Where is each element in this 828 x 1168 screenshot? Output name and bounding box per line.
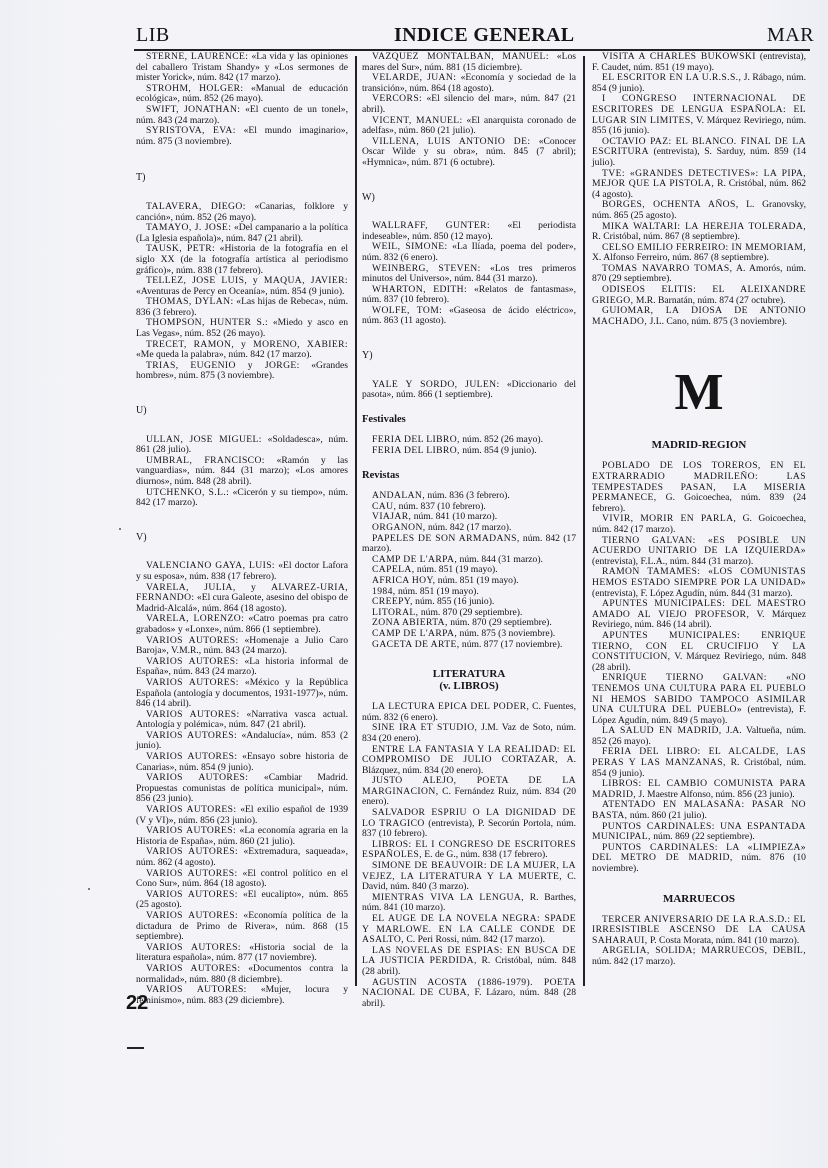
- entry-list-literatura: LA LECTURA EPICA DEL PODER, C. Fuentes, …: [362, 702, 576, 1009]
- entry-reference: M.R. Barnatán, núm. 874 (27 octubre).: [633, 295, 785, 306]
- index-entry: VARIOS AUTORES: «Narrativa vasca actual.…: [136, 710, 348, 731]
- section-heading-literatura: LITERATURA (v. LIBROS): [362, 668, 576, 692]
- entry-reference: núm. 836 (3 febrero).: [425, 490, 510, 501]
- entry-heading: WEIL, SIMONE:: [372, 241, 448, 252]
- entry-heading: MIENTRAS VIVA LA LENGUA,: [372, 892, 524, 903]
- index-entry: AGUSTIN ACOSTA (1886-1979). POETA NACION…: [362, 978, 576, 1010]
- entry-heading: CREEPY,: [372, 596, 413, 607]
- entry-heading: FERIA DEL LIBRO,: [372, 445, 460, 456]
- entry-reference: núm. 842 (17 marzo).: [426, 522, 512, 533]
- index-entry: VARELA, LORENZO: «Catro poemas pra catro…: [136, 614, 348, 635]
- entry-heading: SINE IRA ET STUDIO,: [372, 722, 477, 733]
- index-entry: VIVIR, MORIR EN PARLA, G. Goicoechea, nú…: [592, 514, 806, 535]
- index-entry: VARIOS AUTORES: «El control político en …: [136, 869, 348, 890]
- entry-reference: J.L. Cano, núm. 875 (3 noviembre).: [647, 316, 787, 327]
- index-entry: ATENTADO EN MALASAÑA: PASAR NO BASTA, nú…: [592, 800, 806, 821]
- scan-speck: [119, 528, 121, 530]
- index-entry: LAS NOVELAS DE ESPIAS: EN BUSCA DE LA JU…: [362, 946, 576, 978]
- entry-reference: «Me queda la palabra», núm. 842 (17 marz…: [136, 349, 312, 360]
- entry-list-literatura-cont: VISITA A CHARLES BUKOWSKI (entrevista), …: [592, 52, 806, 327]
- entry-heading: THOMPSON, HUNTER S.:: [146, 317, 268, 328]
- entry-heading: CAPELA,: [372, 564, 415, 575]
- entry-reference: C. Peri Rossi, núm. 842 (17 marzo).: [404, 934, 545, 945]
- index-entry: ULLAN, JOSE MIGUEL: «Soldadesca», núm. 8…: [136, 435, 348, 456]
- entry-heading: LA SALUD EN MADRID,: [602, 725, 722, 736]
- index-entry: VARIOS AUTORES: «Cambiar Madrid. Propues…: [136, 773, 348, 805]
- entry-heading: YALE Y SORDO, JULEN:: [372, 379, 500, 390]
- index-entry: TAMAYO, J. JOSE: «Del campanario a la po…: [136, 223, 348, 244]
- entry-reference: núm. 837 (10 febrero).: [396, 501, 486, 512]
- index-entry: UMBRAL, FRANCISCO: «Ramón y las vanguard…: [136, 456, 348, 488]
- index-entry: STERNE, LAURENCE: «La vida y las opinion…: [136, 52, 348, 84]
- index-entry: VILLENA, LUIS ANTONIO DE: «Conocer Oscar…: [362, 137, 576, 169]
- index-entry: APUNTES MUNICIPALES: ENRIQUE TIERNO, CON…: [592, 631, 806, 673]
- entry-heading: STERNE, LAURENCE:: [146, 51, 248, 62]
- entry-reference: núm. 851 (19 mayo).: [396, 586, 479, 597]
- entry-list-w: WALLRAFF, GUNTER: «El periodista indesea…: [362, 221, 576, 327]
- entry-list-u: ULLAN, JOSE MIGUEL: «Soldadesca», núm. 8…: [136, 435, 348, 509]
- entry-heading: AFRICA HOY,: [372, 575, 435, 586]
- subheading-revistas: Revistas: [362, 471, 576, 482]
- entry-heading: VAZQUEZ MONTALBAN, MANUEL:: [372, 51, 549, 62]
- index-entry: WEINBERG, STEVEN: «Los tres primeros min…: [362, 264, 576, 285]
- index-entry: SIMONE DE BEAUVOIR: DE LA MUJER, LA VEJE…: [362, 861, 576, 893]
- index-entry: VALENCIANO GAYA, LUIS: «El doctor Lafora…: [136, 561, 348, 582]
- index-entry: JUSTO ALEJO, POETA DE LA MARGINACION, C.…: [362, 776, 576, 808]
- entry-heading: CELSO EMILIO FERREIRO: IN MEMORIAM,: [602, 242, 806, 253]
- letter-heading-y: Y): [362, 351, 576, 362]
- entry-heading: VARIOS AUTORES:: [146, 656, 239, 667]
- index-entry: VICENT, MANUEL: «El anarquista coronado …: [362, 116, 576, 137]
- index-entry: LA LECTURA EPICA DEL PODER, C. Fuentes, …: [362, 702, 576, 723]
- index-entry: GUIOMAR, LA DIOSA DE ANTONIO MACHADO, J.…: [592, 306, 806, 327]
- index-entry: WEIL, SIMONE: «La Ilíada, poema del pode…: [362, 242, 576, 263]
- entry-heading: LITORAL,: [372, 607, 418, 618]
- index-entry: VISITA A CHARLES BUKOWSKI (entrevista), …: [592, 52, 806, 73]
- index-entry: BORGES, OCHENTA AÑOS, L. Granovsky, núm.…: [592, 200, 806, 221]
- entry-heading: CAU,: [372, 501, 396, 512]
- index-entry: VELARDE, JUAN: «Economía y sociedad de l…: [362, 73, 576, 94]
- index-entry: ENRIQUE TIERNO GALVAN: «NO TENEMOS UNA C…: [592, 673, 806, 726]
- entry-reference: núm. 855 (16 junio).: [413, 596, 495, 607]
- index-column-1: STERNE, LAURENCE: «La vida y las opinion…: [136, 52, 348, 1006]
- index-entry: PUNTOS CARDINALES: UNA ESPANTADA MUNICIP…: [592, 822, 806, 843]
- entry-heading: UTCHENKO, S.L.:: [146, 487, 229, 498]
- entry-reference: núm. 854 (9 junio).: [460, 445, 537, 456]
- page-title: INDICE GENERAL: [394, 24, 574, 47]
- entry-reference: núm. 842 (17 marzo).: [592, 956, 675, 967]
- entry-heading: TRIAS, EUGENIO y JORGE:: [146, 360, 300, 371]
- entry-heading: UMBRAL, FRANCISCO:: [146, 455, 265, 466]
- entry-heading: CAMP DE L'ARPA,: [372, 628, 457, 639]
- index-entry: MIKA WALTARI: LA HEREJIA TOLERADA, R. Cr…: [592, 222, 806, 243]
- entry-heading: VELARDE, JUAN:: [372, 72, 456, 83]
- index-entry: I CONGRESO INTERNACIONAL DE ESCRITORES D…: [592, 94, 806, 136]
- letter-heading-u: U): [136, 406, 348, 417]
- entry-heading: ULLAN, JOSE MIGUEL:: [146, 434, 262, 445]
- index-entry: TRIAS, EUGENIO y JORGE: «Grandes hombres…: [136, 361, 348, 382]
- index-entry: FERIA DEL LIBRO: EL ALCALDE, LAS PERAS Y…: [592, 747, 806, 779]
- entry-reference: núm. 870 (29 septiembre).: [418, 607, 522, 618]
- entry-list-madrid: POBLADO DE LOS TOREROS, EN EL EXTRARRADI…: [592, 461, 806, 874]
- page-header: LIB INDICE GENERAL MAR: [108, 24, 808, 50]
- index-entry: POBLADO DE LOS TOREROS, EN EL EXTRARRADI…: [592, 461, 806, 514]
- letter-heading-w: W): [362, 193, 576, 204]
- index-entry: UTCHENKO, S.L.: «Cicerón y su tiempo», n…: [136, 488, 348, 509]
- entry-heading: MIKA WALTARI: LA HEREJIA TOLERADA,: [602, 221, 806, 232]
- entry-heading: TAUSK, PETR:: [146, 243, 215, 254]
- entry-heading: VARIOS AUTORES:: [146, 751, 237, 762]
- entry-reference: núm. 841 (10 marzo).: [411, 511, 497, 522]
- entry-reference: núm. 870 (29 septiembre).: [448, 617, 552, 628]
- index-entry: SWIFT, JONATHAN: «El cuento de un tonel»…: [136, 105, 348, 126]
- entry-reference: P. Costa Morata, núm. 841 (10 marzo).: [648, 935, 800, 946]
- entry-heading: VARIOS AUTORES:: [146, 846, 238, 857]
- index-entry: LIBROS: EL CAMBIO COMUNISTA PARA MADRID,…: [592, 779, 806, 800]
- section-subtitle: (v. LIBROS): [362, 680, 576, 692]
- entry-heading: ZONA ABIERTA,: [372, 617, 448, 628]
- entry-heading: VARIOS AUTORES:: [146, 677, 239, 688]
- index-entry: THOMPSON, HUNTER S.: «Miedo y asco en La…: [136, 318, 348, 339]
- index-entry: TRECET, RAMON, y MORENO, XABIER: «Me que…: [136, 340, 348, 361]
- entry-heading: VARIOS AUTORES:: [146, 963, 240, 974]
- index-entry: TVE: «GRANDES DETECTIVES»: LA PIPA, MEJO…: [592, 169, 806, 201]
- entry-heading: 1984,: [372, 586, 396, 597]
- entry-heading: VARIOS AUTORES:: [146, 709, 240, 720]
- index-entry: WALLRAFF, GUNTER: «El periodista indesea…: [362, 221, 576, 242]
- entry-heading: VARIOS AUTORES:: [146, 910, 238, 921]
- entry-heading: FERIA DEL LIBRO,: [372, 434, 460, 445]
- entry-heading: VICENT, MANUEL:: [372, 115, 463, 126]
- index-entry: VARIOS AUTORES: «Homenaje a Julio Caro B…: [136, 636, 348, 657]
- entry-heading: VARIOS AUTORES:: [146, 772, 248, 783]
- index-entry: TELLEZ, JOSE LUIS, y MAQUA, JAVIER: «Ave…: [136, 276, 348, 297]
- entry-reference: núm. 869 (22 septiembre).: [651, 831, 755, 842]
- entry-heading: ARGELIA, SOLIDA; MARRUECOS, DEBIL,: [602, 945, 806, 956]
- entry-list-t: TALAVERA, DIEGO: «Canarias, folklore y c…: [136, 202, 348, 382]
- entry-heading: GACETA DE ARTE,: [372, 639, 460, 650]
- entry-reference: núm. 844 (31 marzo).: [457, 554, 543, 565]
- index-entry: STROHM, HOLGER: «Manual de educación eco…: [136, 84, 348, 105]
- index-entry: WHARTON, EDITH: «Relatos de fantasmas», …: [362, 285, 576, 306]
- entry-heading: VARIOS AUTORES:: [146, 889, 238, 900]
- index-entry: VARIOS AUTORES: «El eucalipto», núm. 865…: [136, 890, 348, 911]
- entry-list-festivales: FERIA DEL LIBRO, núm. 852 (26 mayo).FERI…: [362, 435, 576, 456]
- index-entry: THOMAS, DYLAN: «Las hijas de Rebeca», nú…: [136, 297, 348, 318]
- entry-reference: X. Alfonso Ferreiro, núm. 867 (8 septiem…: [592, 252, 769, 263]
- index-entry: WOLFE, TOM: «Gaseosa de ácido eléctrico»…: [362, 306, 576, 327]
- index-entry: OCTAVIO PAZ: EL BLANCO. FINAL DE LA ESCR…: [592, 137, 806, 169]
- entry-heading: ANDALAN,: [372, 490, 425, 501]
- entry-list-y: YALE Y SORDO, JULEN: «Diccionario del pa…: [362, 380, 576, 401]
- entry-heading: VERCORS:: [372, 93, 422, 104]
- entry-reference: núm. 852 (26 mayo).: [460, 434, 543, 445]
- page-number: 22: [126, 992, 148, 1015]
- left-running-head: LIB: [136, 24, 170, 47]
- entry-heading: SYRISTOVA, EVA:: [146, 125, 236, 136]
- index-entry: VARIOS AUTORES: «Mujer, locura y feminis…: [136, 985, 348, 1006]
- index-entry: SALVADOR ESPRIU O LA DIGNIDAD DE LO TRAG…: [362, 808, 576, 840]
- entry-reference: núm. 875 (3 noviembre).: [457, 628, 555, 639]
- index-entry: VARIOS AUTORES: «México y la República E…: [136, 678, 348, 710]
- index-entry: SINE IRA ET STUDIO, J.M. Vaz de Soto, nú…: [362, 723, 576, 744]
- entry-heading: LA LECTURA EPICA DEL PODER,: [372, 701, 529, 712]
- document-page: LIB INDICE GENERAL MAR STERNE, LAURENCE:…: [0, 0, 828, 1168]
- entry-heading: TIERNO GALVAN: «ES POSIBLE UN ACUERDO UN…: [592, 535, 806, 557]
- entry-heading: VARIOS AUTORES:: [146, 942, 241, 953]
- entry-reference: «Aventuras de Percy en Oceanía», núm. 85…: [136, 286, 344, 297]
- entry-heading: VARIOS AUTORES:: [146, 730, 237, 741]
- entry-heading: ENTRE LA FANTASIA Y LA REALIDAD: EL COMP…: [362, 744, 576, 766]
- entry-heading: WEINBERG, STEVEN:: [372, 263, 481, 274]
- entry-heading: SIMONE DE BEAUVOIR: DE LA MUJER, LA VEJE…: [362, 860, 576, 882]
- subheading-festivales: Festivales: [362, 415, 576, 426]
- index-entry: VARIOS AUTORES: «Andalucía», núm. 853 (2…: [136, 731, 348, 752]
- entry-heading: VILLENA, LUIS ANTONIO DE:: [372, 136, 530, 147]
- index-entry: TALAVERA, DIEGO: «Canarias, folklore y c…: [136, 202, 348, 223]
- index-entry: ODISEOS ELITIS: EL ALEIXANDRE GRIEGO, M.…: [592, 285, 806, 306]
- entry-reference: núm. 851 (19 mayo).: [415, 564, 498, 575]
- column-divider: [355, 56, 357, 986]
- entry-reference: núm. 877 (17 noviembre).: [460, 639, 563, 650]
- entry-heading: VALENCIANO GAYA, LUIS:: [146, 560, 275, 571]
- entry-heading: EL ESCRITOR EN LA U.R.S.S.,: [602, 72, 741, 83]
- index-entry: SYRISTOVA, EVA: «El mundo imaginario», n…: [136, 126, 348, 147]
- entry-heading: VARIOS AUTORES:: [146, 825, 236, 836]
- entry-reference: R. Cristóbal, núm. 867 (8 septiembre).: [592, 231, 740, 242]
- index-entry: VARIOS AUTORES: «La economía agraria en …: [136, 826, 348, 847]
- entry-heading: STROHM, HOLGER:: [146, 83, 243, 94]
- entry-heading: TELLEZ, JOSE LUIS, y MAQUA, JAVIER:: [146, 275, 348, 286]
- right-running-head: MAR: [767, 24, 814, 47]
- entry-heading: VARIOS AUTORES:: [146, 635, 239, 646]
- index-entry: CELSO EMILIO FERREIRO: IN MEMORIAM, X. A…: [592, 243, 806, 264]
- index-entry: VARIOS AUTORES: «La historia informal de…: [136, 657, 348, 678]
- entry-heading: RAMON TAMAMES: «LOS COMUNISTAS HEMOS EST…: [592, 566, 806, 588]
- index-entry: VARELA, JULIA, y ALVAREZ-URIA, FERNANDO:…: [136, 583, 348, 615]
- index-entry: VARIOS AUTORES: «Documentos contra la no…: [136, 964, 348, 985]
- letter-heading-v: V): [136, 533, 348, 544]
- index-entry: EL ESCRITOR EN LA U.R.S.S., J. Rábago, n…: [592, 73, 806, 94]
- index-column-2: VAZQUEZ MONTALBAN, MANUEL: «Los mares de…: [362, 52, 576, 1009]
- index-entry: MIENTRAS VIVA LA LENGUA, R. Barthes, núm…: [362, 893, 576, 914]
- index-entry: LA SALUD EN MADRID, J.A. Valtueña, núm. …: [592, 726, 806, 747]
- index-entry: RAMON TAMAMES: «LOS COMUNISTAS HEMOS EST…: [592, 567, 806, 599]
- entry-list-v: VALENCIANO GAYA, LUIS: «El doctor Lafora…: [136, 561, 348, 1006]
- index-entry: VARIOS AUTORES: «Ensayo sobre historia d…: [136, 752, 348, 773]
- section-letter: M: [592, 365, 806, 421]
- entry-list-revistas: ANDALAN, núm. 836 (3 febrero).CAU, núm. …: [362, 491, 576, 650]
- entry-heading: TAMAYO, J. JOSE:: [146, 222, 231, 233]
- entry-heading: THOMAS, DYLAN:: [146, 296, 234, 307]
- section-title: LITERATURA: [362, 668, 576, 680]
- entry-heading: WALLRAFF, GUNTER:: [372, 220, 490, 231]
- index-entry: GACETA DE ARTE, núm. 877 (17 noviembre).: [362, 640, 576, 651]
- entry-heading: VARELA, LORENZO:: [146, 613, 244, 624]
- entry-heading: TALAVERA, DIEGO:: [146, 201, 246, 212]
- index-entry: VARIOS AUTORES: «Extremadura, saqueada»,…: [136, 847, 348, 868]
- entry-heading: CAMP DE L'ARPA,: [372, 554, 457, 565]
- index-entry: VARIOS AUTORES: «El exilio español de 19…: [136, 805, 348, 826]
- index-entry: VERCORS: «El silencio del mar», núm. 847…: [362, 94, 576, 115]
- index-entry: YALE Y SORDO, JULEN: «Diccionario del pa…: [362, 380, 576, 401]
- index-column-3: VISITA A CHARLES BUKOWSKI (entrevista), …: [592, 52, 806, 968]
- entry-list-marruecos: TERCER ANIVERSARIO DE LA R.A.S.D.: EL IR…: [592, 915, 806, 968]
- index-entry: EL AUGE DE LA NOVELA NEGRA: SPADE Y MARL…: [362, 914, 576, 946]
- entry-heading: TRECET, RAMON, y MORENO, XABIER:: [146, 339, 348, 350]
- footer-mark: [127, 1047, 144, 1049]
- entry-reference: (entrevista), F. López Agudín, núm. 844 …: [592, 588, 793, 599]
- index-entry: TOMAS NAVARRO TOMAS, A. Amorós, núm. 870…: [592, 264, 806, 285]
- entry-reference: E. de G., núm. 838 (17 febrero).: [422, 849, 548, 860]
- entry-reference: núm. 851 (19 mayo).: [435, 575, 518, 586]
- index-entry: PAPELES DE SON ARMADANS, núm. 842 (17 ma…: [362, 534, 576, 555]
- index-entry: VARIOS AUTORES: «Historia social de la l…: [136, 943, 348, 964]
- index-entry: ENTRE LA FANTASIA Y LA REALIDAD: EL COMP…: [362, 745, 576, 777]
- letter-heading-t: T): [136, 173, 348, 184]
- entry-reference: núm. 860 (21 julio).: [627, 810, 706, 821]
- section-heading-marruecos: MARRUECOS: [592, 893, 806, 905]
- entry-heading: WHARTON, EDITH:: [372, 284, 467, 295]
- entry-reference: (entrevista), F.L.A., núm. 844 (31 marzo…: [592, 556, 753, 567]
- entry-list-v-cont: VAZQUEZ MONTALBAN, MANUEL: «Los mares de…: [362, 52, 576, 169]
- entry-heading: VIAJAR,: [372, 511, 411, 522]
- index-entry: ARGELIA, SOLIDA; MARRUECOS, DEBIL, núm. …: [592, 946, 806, 967]
- index-entry: LIBROS: EL I CONGRESO DE ESCRITORES ESPA…: [362, 840, 576, 861]
- entry-heading: SWIFT, JONATHAN:: [146, 104, 240, 115]
- entry-heading: WOLFE, TOM:: [372, 305, 442, 316]
- entry-heading: PAPELES DE SON ARMADANS,: [372, 533, 520, 544]
- entry-heading: VISITA A CHARLES BUKOWSKI: [602, 51, 756, 62]
- index-entry: TIERNO GALVAN: «ES POSIBLE UN ACUERDO UN…: [592, 536, 806, 568]
- entry-heading: VIVIR, MORIR EN PARLA,: [602, 513, 736, 524]
- index-entry: VARIOS AUTORES: «Economía política de la…: [136, 911, 348, 943]
- entry-list-s: STERNE, LAURENCE: «La vida y las opinion…: [136, 52, 348, 147]
- scan-speck: [88, 888, 90, 890]
- index-entry: VAZQUEZ MONTALBAN, MANUEL: «Los mares de…: [362, 52, 576, 73]
- entry-heading: VARIOS AUTORES:: [146, 984, 247, 995]
- index-entry: FERIA DEL LIBRO, núm. 854 (9 junio).: [362, 446, 576, 457]
- section-heading-madrid: MADRID-REGION: [592, 439, 806, 451]
- entry-heading: ORGANON,: [372, 522, 426, 533]
- entry-heading: BORGES, OCHENTA AÑOS,: [602, 199, 739, 210]
- entry-heading: VARIOS AUTORES:: [146, 804, 236, 815]
- index-entry: APUNTES MUNICIPALES: DEL MAESTRO AMADO A…: [592, 599, 806, 631]
- index-entry: TAUSK, PETR: «Historia de la fotografía …: [136, 244, 348, 276]
- column-divider: [583, 56, 585, 986]
- entry-heading: VARIOS AUTORES:: [146, 868, 238, 879]
- index-entry: PUNTOS CARDINALES: LA «LIMPIEZA» DEL MET…: [592, 843, 806, 875]
- index-entry: TERCER ANIVERSARIO DE LA R.A.S.D.: EL IR…: [592, 915, 806, 947]
- entry-heading: TOMAS NAVARRO TOMAS,: [602, 263, 732, 274]
